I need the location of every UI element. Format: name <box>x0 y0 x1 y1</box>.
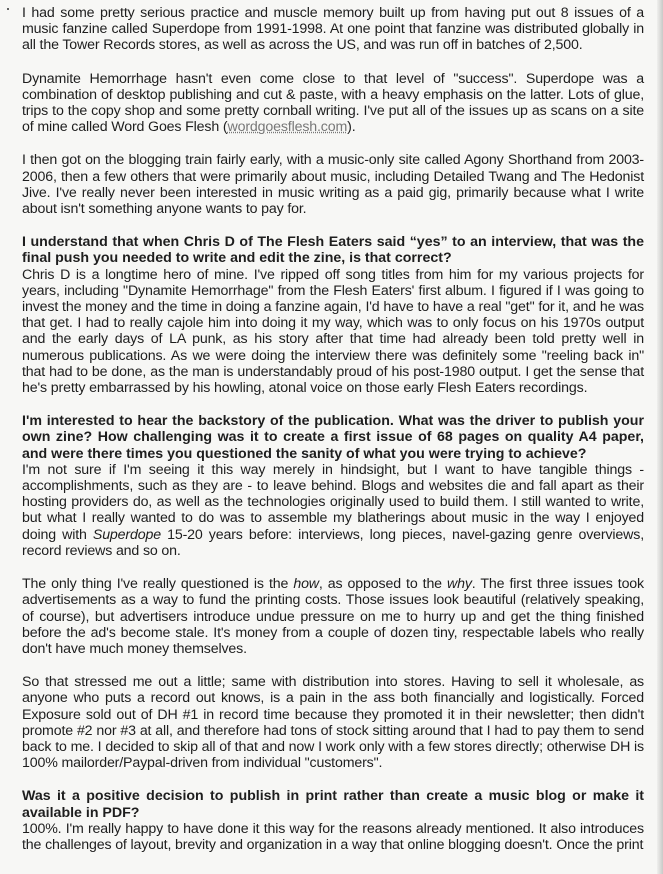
scan-speck <box>7 8 9 10</box>
wordgoesflesh-link[interactable]: wordgoesflesh.com <box>227 119 347 135</box>
document-page: I had some pretty serious practice and m… <box>22 5 644 853</box>
answer-1: Chris D is a longtime hero of mine. I've… <box>22 267 644 397</box>
intro-paragraph-3: I then got on the blogging train fairly … <box>22 152 644 217</box>
answer-3: 100%. I'm really happy to have done it t… <box>22 821 644 853</box>
question-2: I'm interested to hear the backstory of … <box>22 413 644 462</box>
intro-paragraph-1: I had some pretty serious practice and m… <box>22 5 644 54</box>
paragraph-text: ). <box>347 119 355 135</box>
answer-2-paragraph-1: I'm not sure if I'm seeing it this way m… <box>22 462 644 559</box>
question-3: Was it a positive decision to publish in… <box>22 788 644 820</box>
answer-2-paragraph-3: So that stressed me out a little; same w… <box>22 674 644 771</box>
intro-paragraph-2: Dynamite Hemorrhage hasn't even come clo… <box>22 71 644 136</box>
emphasis-why: why <box>447 576 472 592</box>
answer-2-paragraph-2: The only thing I've really questioned is… <box>22 576 644 657</box>
page-edge-shadow <box>657 0 663 874</box>
superdope-title: Superdope <box>93 527 161 543</box>
paragraph-text: The only thing I've really questioned is… <box>22 576 293 592</box>
emphasis-how: how <box>293 576 319 592</box>
question-1: I understand that when Chris D of The Fl… <box>22 234 644 266</box>
paragraph-text: , as opposed to the <box>319 576 447 592</box>
